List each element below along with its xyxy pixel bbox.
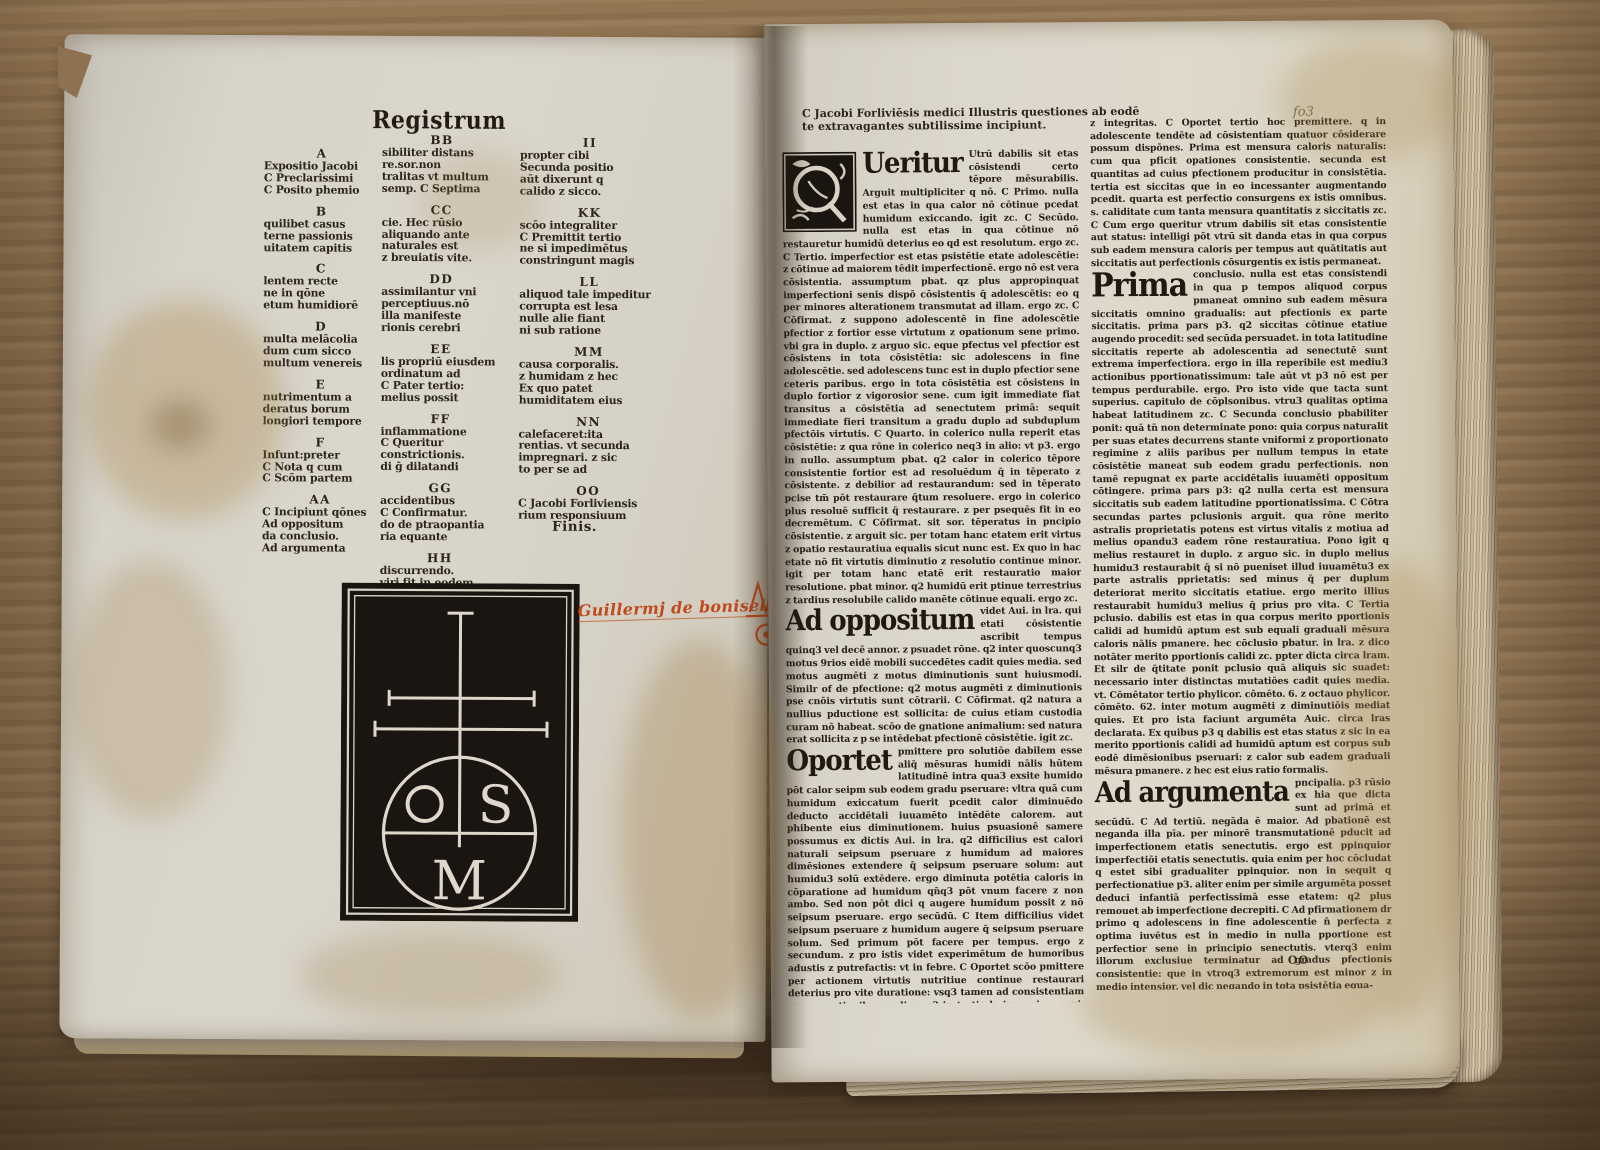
text-section: Ad argumentapncipalia. p3 rūsio ex hia q…: [1095, 777, 1392, 990]
index-entry-line: longiori tempore: [263, 415, 379, 428]
text-column-right: z integritas. C Oportet tertio hoc premi…: [1090, 116, 1392, 990]
index-entry-line: melius possit: [381, 391, 501, 404]
text-section: Oportetpmittere pro solutiōe dabilem ess…: [786, 745, 1084, 1004]
index-entry-line: di ḡ dilatandi: [380, 461, 500, 474]
index-entry: Clentem rectene in qōneetum humidiorē: [263, 263, 379, 312]
index-entry-line: to per se ad: [518, 464, 658, 477]
index-entry-line: calido z sicco.: [520, 185, 660, 198]
index-entry: EElis propriū eiusdemordinatum adC Pater…: [381, 343, 501, 404]
index-entry-line: z breuiatis vite.: [381, 252, 501, 265]
index-entry: Enutrimentum aderatus borumlongiori temp…: [263, 378, 379, 427]
index-entry-line: ria equante: [380, 531, 500, 544]
index-entry: DDassimilantur vniperceptiuus.nōilla man…: [381, 273, 501, 334]
index-entry-line: C Posito phemio: [264, 184, 380, 197]
gutter-shadow: [732, 26, 808, 1048]
text-section: Ad oppositumvidet Aui. in lra. qui etati…: [785, 606, 1082, 748]
index-entry: AAC Incipiunt qōnesAd oppositumda conclu…: [262, 494, 378, 555]
device-letter-s: S: [478, 775, 514, 835]
text-column-left: UeriturUtrū dabilis sit etas cōsistendi …: [782, 148, 1084, 1004]
index-entry: Dmulta melācoliadum cum siccomultum vene…: [263, 320, 379, 369]
section-heading: Prima: [1091, 271, 1187, 301]
index-entry-line: etum humidiorē: [263, 299, 379, 312]
text-section: z integritas. C Oportet tertio hoc premi…: [1090, 116, 1387, 271]
section-heading: Ad argumenta: [1095, 778, 1289, 807]
index-entry-line: C Scōm partem: [262, 473, 378, 486]
index-entry-line: multum venereis: [263, 357, 379, 370]
index-entry: KKscōo integraliterC Premittit tertione …: [519, 206, 659, 267]
index-entry: OOC Jacobi Forliviensisrium responsiuum: [518, 485, 658, 523]
signature-mark: OO: [1288, 954, 1309, 967]
index-entry: NNcalefaceret:itarentias. vt secundaimpr…: [518, 415, 658, 476]
index-entry: IIpropter cibiSecunda positioaūt dixerun…: [520, 137, 660, 198]
registrum-title: Registrum: [372, 106, 506, 136]
index-entry-line: uitatem capitis: [263, 242, 379, 255]
device-letter-m: M: [431, 849, 487, 912]
body-text: z integritas. C Oportet tertio hoc premi…: [1090, 116, 1387, 269]
left-page: Registrum AExpositio JacobiC Preclarissi…: [59, 34, 770, 1042]
section-heading: Ad oppositum: [785, 607, 974, 636]
index-entry: AExpositio JacobiC PreclarissimiC Posito…: [264, 147, 380, 196]
index-column-1: AExpositio JacobiC PreclarissimiC Posito…: [262, 147, 380, 564]
index-entry-line: constringunt magis: [519, 255, 659, 268]
index-column-3: IIpropter cibiSecunda positioaūt dixerun…: [518, 137, 660, 532]
text-section: UeriturUtrū dabilis sit etas cōsistendi …: [782, 148, 1081, 607]
index-entry-line: rionis cerebri: [381, 322, 501, 335]
index-entry: CCcie. Hec rūsioaliquando antenaturales …: [381, 203, 501, 264]
index-column-2: BBsibiliter distansre.sor.nontralitas vt…: [380, 134, 503, 622]
index-entry: FInfunt:preterC Nota q cumC Scōm partem: [262, 436, 378, 485]
index-entry: LLaliquod tale impediturcorrupta est les…: [519, 276, 659, 337]
index-entry: Bquilibet casusterne passionisuitatem ca…: [263, 205, 379, 254]
body-text: conclusio. nulla est etas consistendi in…: [1091, 269, 1390, 777]
index-entry: GGaccidentibusC Confirmatur.do de ptraop…: [380, 482, 500, 543]
index-entry: FFinflammationeC Queriturconstrictionis.…: [380, 412, 500, 473]
index-entry-label: FF: [381, 412, 501, 426]
body-text: pmittere pro solutiōe dabilem esse aliq̄…: [787, 745, 1085, 1004]
finis-label: Finis.: [552, 519, 597, 535]
text-section: Primaconclusio. nulla est etas consisten…: [1091, 269, 1391, 779]
index-entry: BBsibiliter distansre.sor.nontralitas vt…: [382, 134, 502, 195]
index-entry: MMcausa corporalis.z humidam z hecEx quo…: [519, 345, 659, 406]
index-entry-line: Ad argumenta: [262, 542, 378, 555]
printer-device: S M: [340, 583, 580, 922]
index-entry-line: semp. C Septima: [382, 183, 502, 196]
right-page: C Jacobi Forliviēsis medici Illustris qu…: [764, 20, 1459, 1083]
index-entry-line: humiditatem eius: [519, 394, 659, 407]
index-entry-line: ni sub ratione: [519, 325, 659, 338]
photograph-of-incunable-book: Registrum AExpositio JacobiC Preclarissi…: [0, 0, 1600, 1150]
section-heading: Ueritur: [862, 150, 963, 178]
